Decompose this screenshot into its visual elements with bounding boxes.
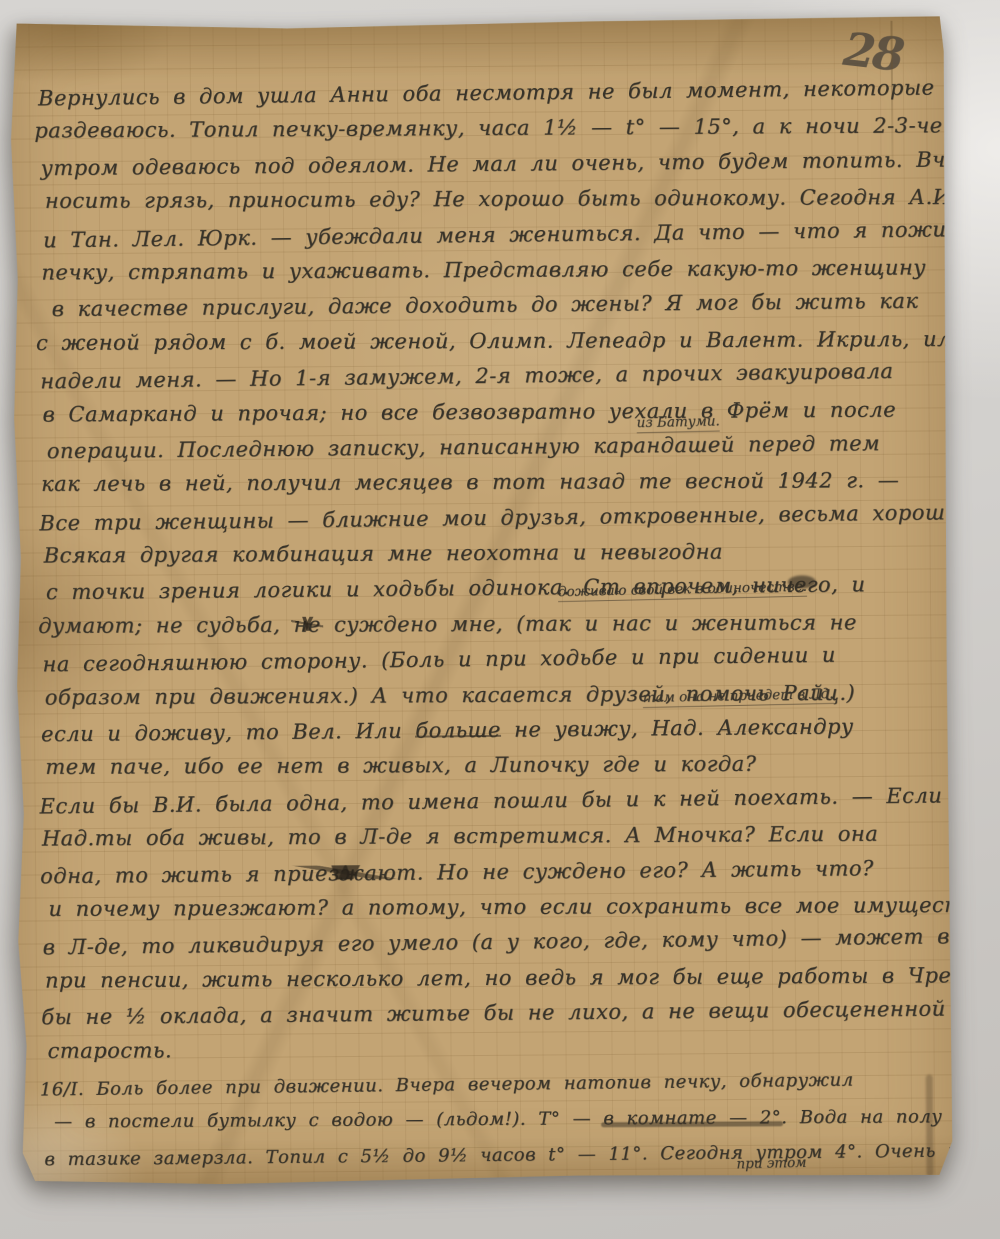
interlinear-insertion: при этом [736,1155,806,1173]
handwriting-line: не разоблачаясь, но и дыхают даже в пост… [33,1171,943,1210]
pencil-mark: больше [415,718,501,743]
handwriting-line: в качестве прислуги, даже доходить до же… [26,284,936,328]
handwriting-line: бы не ½ оклада, а значит житье бы не лих… [31,992,941,1036]
interlinear-insertion: из Батуми. [636,414,720,434]
pencil-mark: приезжают [273,860,417,885]
manuscript-page: 28 Вернулись в дом ушла Анни оба несмотр… [5,16,952,1185]
paper-shadow-wrap: 28 Вернулись в дом ушла Анни оба несмотр… [5,16,952,1185]
photo-canvas: 28 Вернулись в дом ушла Анни оба несмотр… [0,0,1000,1239]
handwriting-text-block: Вернулись в дом ушла Анни оба несмотря н… [24,72,943,1212]
pencil-mark: в комнате — 2° [603,1108,781,1130]
pencil-mark: не [294,613,321,637]
